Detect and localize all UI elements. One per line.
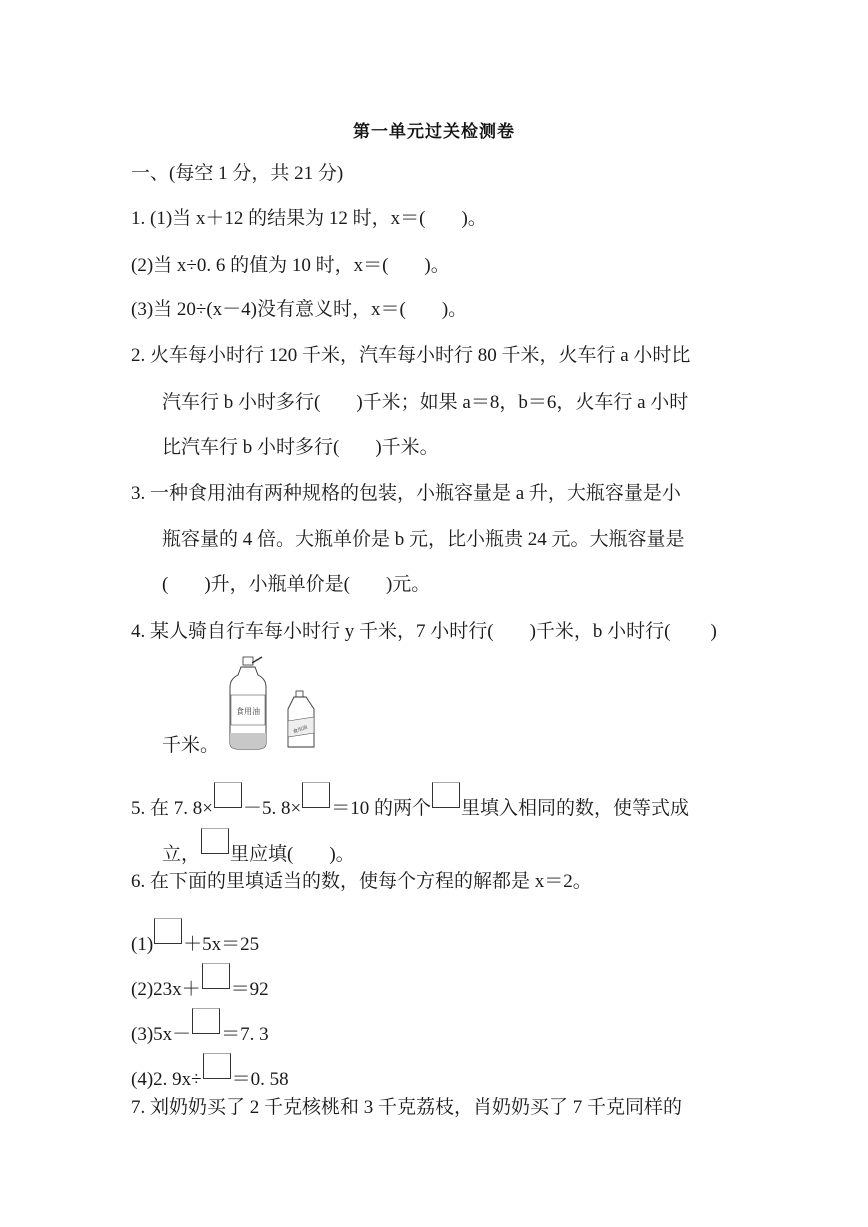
page-title: 第一单元过关检测卷 (0, 117, 868, 142)
equation-1: (1)＋5x＝25 (131, 918, 259, 957)
question-6-intro: 6. 在下面的里填适当的数，使每个方程的解都是 x＝2。 (131, 870, 592, 894)
fill-in-box[interactable] (192, 1008, 220, 1034)
question-1-part-2: (2)当 x÷0. 6 的值为 10 时，x＝()。 (131, 254, 450, 278)
question-3-line-3: ()升，小瓶单价是()元。 (162, 573, 430, 597)
question-2-line-3: 比汽车行 b 小时多行()千米。 (162, 436, 439, 460)
question-1-part-3: (3)当 20÷(x－4)没有意义时，x＝()。 (131, 298, 467, 322)
section-heading: 一、(每空 1 分，共 21 分) (131, 162, 343, 186)
question-3-line-1: 3. 一种食用油有两种规格的包装，小瓶容量是 a 升，大瓶容量是小 (131, 482, 681, 506)
fill-in-box (432, 782, 460, 808)
question-7-line-1: 7. 刘奶奶买了 2 千克核桃和 3 千克荔枝，肖奶奶买了 7 千克同样的 (131, 1096, 682, 1120)
question-5-line-1: 5. 在 7. 8×－5. 8×＝10 的两个里填入相同的数，使等式成 (131, 782, 689, 821)
oil-bottles-illustration: 食用油 食用油 (228, 655, 320, 753)
fill-in-box[interactable] (203, 1053, 231, 1079)
equation-2: (2)23x＋＝92 (131, 963, 269, 1002)
small-oil-bottle-icon: 食用油 (288, 691, 314, 747)
svg-text:食用油: 食用油 (236, 706, 260, 716)
question-1-part-1: 1. (1)当 x＋12 的结果为 12 时，x＝()。 (131, 207, 487, 231)
equation-4: (4)2. 9x÷＝0. 58 (131, 1053, 289, 1092)
fill-in-box[interactable] (202, 963, 230, 989)
question-4-line-2: 千米。 (162, 734, 219, 758)
question-5-line-2: 立，里应填()。 (162, 828, 355, 867)
fill-in-box[interactable] (154, 918, 182, 944)
question-3-line-2: 瓶容量的 4 倍。大瓶单价是 b 元，比小瓶贵 24 元。大瓶容量是 (162, 528, 685, 552)
question-2-line-1: 2. 火车每小时行 120 千米，汽车每小时行 80 千米，火车行 a 小时比 (131, 344, 690, 368)
big-oil-bottle-icon: 食用油 (230, 657, 266, 749)
question-4-line-1: 4. 某人骑自行车每小时行 y 千米，7 小时行()千米，b 小时行() (131, 620, 717, 644)
fill-in-box (201, 828, 229, 854)
fill-in-box[interactable] (214, 782, 242, 808)
fill-in-box[interactable] (302, 782, 330, 808)
question-2-line-2: 汽车行 b 小时多行()千米；如果 a＝8，b＝6，火车行 a 小时 (162, 391, 688, 415)
equation-3: (3)5x－＝7. 3 (131, 1008, 269, 1047)
